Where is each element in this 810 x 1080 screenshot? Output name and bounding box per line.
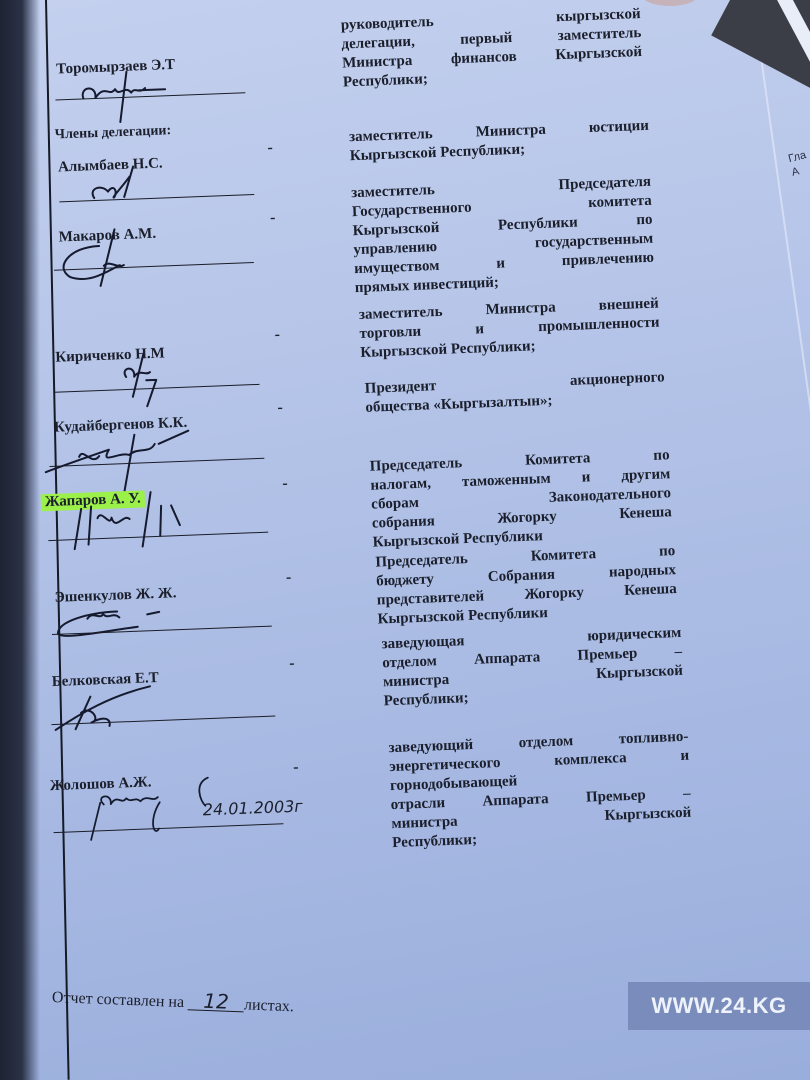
separator-dash: -	[270, 209, 276, 227]
scanned-document-page: ГлаА Торомырзаев Э.Т руководитель кыргыз…	[0, 0, 810, 1080]
member-role: заведующий отделом топливно- энергетичес…	[388, 728, 692, 853]
separator-dash: -	[277, 399, 283, 417]
signature-member	[50, 483, 223, 559]
member-role: заместитель Министра внешней торговли и …	[359, 295, 661, 363]
handwritten-sheet-count: 12	[188, 991, 245, 1012]
margin-note: ГлаА	[787, 148, 810, 179]
separator-dash: -	[274, 326, 280, 344]
members-heading: Члены делегации:	[55, 123, 172, 143]
signature-date: 24.01.2003г	[202, 797, 303, 820]
member-role: Председатель Комитета по налогам, таможе…	[369, 446, 672, 552]
member-role: заведующая юридическим отделом Аппарата …	[381, 624, 684, 711]
separator-dash: -	[286, 569, 292, 587]
separator-dash: -	[267, 139, 273, 157]
member-role: заместитель Председателя Государственног…	[351, 173, 655, 298]
site-watermark: WWW.24.KG	[628, 982, 810, 1030]
separator-dash: -	[289, 655, 295, 673]
head-role: руководитель кыргызской делегации, первы…	[340, 5, 643, 92]
member-role: Председатель Комитета по бюджету Собрани…	[375, 542, 678, 629]
separator-dash: -	[282, 475, 288, 493]
delegation-signature-list: Торомырзаев Э.Т руководитель кыргызской …	[0, 0, 810, 1080]
signature-member	[50, 678, 223, 754]
signature-member	[48, 221, 221, 297]
signature-member	[105, 341, 278, 417]
member-role: заместитель Министра юстиции Кыргызской …	[349, 117, 650, 166]
signature-member	[83, 152, 256, 228]
member-role: Президент акционерного общества «Кыргыза…	[364, 368, 665, 417]
